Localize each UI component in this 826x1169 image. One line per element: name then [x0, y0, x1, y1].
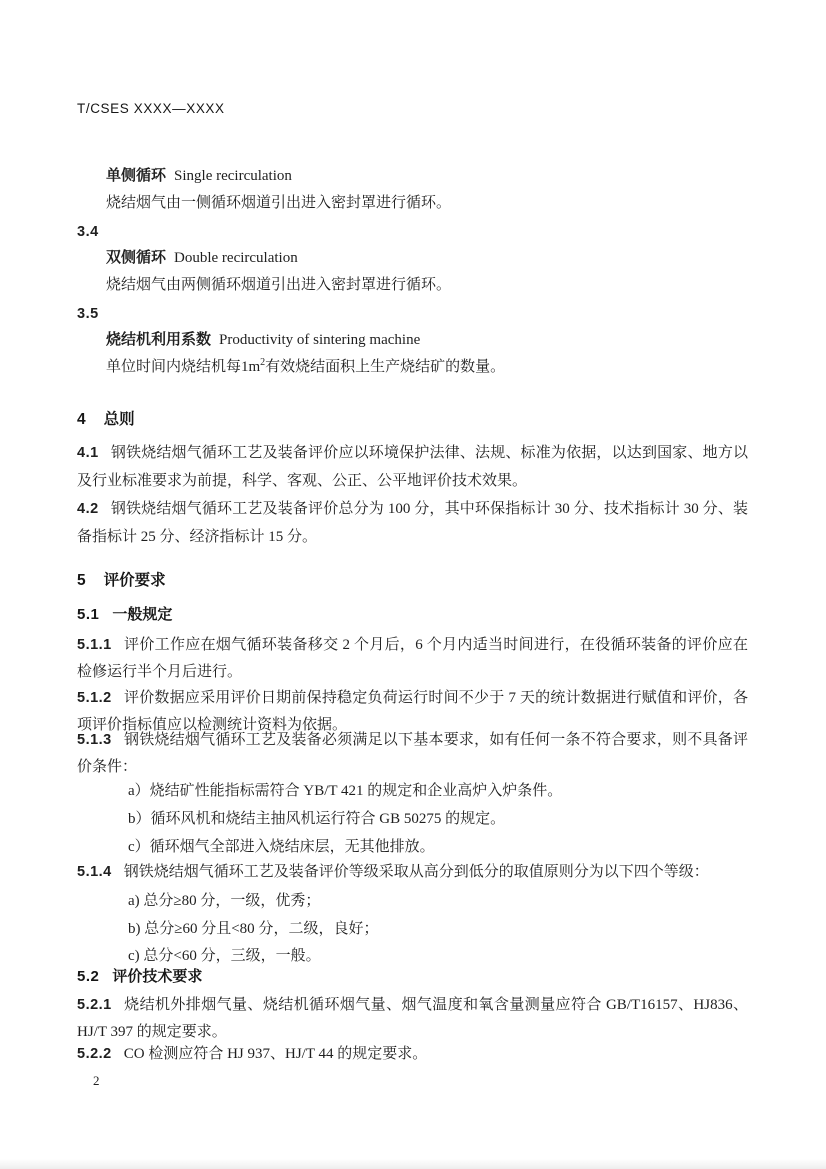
subsection-title: 一般规定	[112, 606, 172, 623]
standard-code-header: T/CSES XXXX—XXXX	[77, 100, 748, 118]
subsection-heading-5-2: 5.2评价技术要求	[77, 966, 748, 988]
subsection-number: 5.1	[77, 606, 99, 623]
section-title: 总则	[104, 411, 135, 428]
clause-number: 5.1.1	[77, 637, 112, 653]
clause-5-2-1: 5.2.1烧结机外排烟气量、烧结机循环烟气量、烟气温度和氧含量测量应符合 GB/…	[77, 992, 748, 1045]
clause-text: 烧结机外排烟气量、烧结机循环烟气量、烟气温度和氧含量测量应符合 GB/T1615…	[77, 997, 748, 1040]
clause-4-2: 4.2钢铁烧结烟气循环工艺及装备评价总分为 100 分，其中环保指标计 30 分…	[77, 496, 748, 551]
list-item-a: a) 总分≥80 分，一级，优秀；	[77, 891, 799, 912]
list-item-c: c) 总分<60 分，三级，一般。	[77, 946, 799, 967]
clause-5-1-4: 5.1.4钢铁烧结烟气循环工艺及装备评价等级采取从高分到低分的取值原则分为以下四…	[77, 862, 748, 883]
clause-number: 5.1.3	[77, 732, 112, 748]
term-entry: 单侧循环Single recirculation	[77, 165, 777, 187]
clause-number: 4.1	[77, 445, 99, 461]
term-number: 3.5	[77, 304, 748, 324]
subsection-number: 5.2	[77, 968, 99, 985]
list-item-c: c）循环烟气全部进入烧结床层，无其他排放。	[77, 837, 799, 858]
section-number: 4	[77, 411, 87, 428]
clause-number: 5.1.2	[77, 690, 112, 706]
clause-5-1-1: 5.1.1评价工作应在烟气循环装备移交 2 个月后，6 个月内适当时间进行，在役…	[77, 632, 748, 685]
term-zh: 双侧循环	[106, 249, 166, 266]
definition-text: 有效烧结面积上生产烧结矿的数量。	[265, 359, 505, 375]
clause-text: 钢铁烧结烟气循环工艺及装备评价总分为 100 分，其中环保指标计 30 分、技术…	[77, 501, 748, 545]
term-definition: 单位时间内烧结机每1m2有效烧结面积上生产烧结矿的数量。	[77, 357, 777, 378]
clause-number: 5.2.2	[77, 1046, 112, 1062]
clause-text: 钢铁烧结烟气循环工艺及装备评价应以环境保护法律、法规、标准为依据，以达到国家、地…	[77, 445, 748, 489]
clause-4-1: 4.1钢铁烧结烟气循环工艺及装备评价应以环境保护法律、法规、标准为依据，以达到国…	[77, 440, 748, 495]
term-entry: 双侧循环Double recirculation	[77, 247, 777, 269]
term-definition: 烧结烟气由一侧循环烟道引出进入密封罩进行循环。	[77, 193, 777, 214]
term-definition: 烧结烟气由两侧循环烟道引出进入密封罩进行循环。	[77, 275, 777, 296]
clause-text: 钢铁烧结烟气循环工艺及装备必须满足以下基本要求，如有任何一条不符合要求，则不具备…	[77, 732, 748, 775]
term-en: Single recirculation	[174, 168, 292, 184]
clause-number: 5.1.4	[77, 864, 112, 880]
clause-5-1-3: 5.1.3钢铁烧结烟气循环工艺及装备必须满足以下基本要求，如有任何一条不符合要求…	[77, 727, 748, 780]
clause-number: 5.2.1	[77, 997, 112, 1013]
clause-5-2-2: 5.2.2CO 检测应符合 HJ 937、HJ/T 44 的规定要求。	[77, 1044, 748, 1065]
section-number: 5	[77, 572, 87, 589]
document-page: T/CSES XXXX—XXXX 单侧循环Single recirculatio…	[0, 0, 826, 1169]
page-bottom-edge	[0, 1159, 826, 1169]
section-heading-5: 5评价要求	[77, 570, 748, 592]
page-number: 2	[93, 1072, 133, 1090]
clause-text: 评价工作应在烟气循环装备移交 2 个月后，6 个月内适当时间进行，在役循环装备的…	[77, 637, 748, 680]
list-item-a: a）烧结矿性能指标需符合 YB/T 421 的规定和企业高炉入炉条件。	[77, 781, 799, 802]
subsection-heading-5-1: 5.1一般规定	[77, 604, 748, 626]
term-entry: 烧结机利用系数Productivity of sintering machine	[77, 329, 777, 351]
section-title: 评价要求	[104, 572, 166, 589]
section-heading-4: 4总则	[77, 409, 748, 431]
term-en: Productivity of sintering machine	[219, 332, 420, 348]
term-en: Double recirculation	[174, 250, 298, 266]
clause-number: 4.2	[77, 501, 99, 517]
definition-text: 单位时间内烧结机每1m	[106, 359, 260, 375]
subsection-title: 评价技术要求	[112, 968, 202, 985]
term-number: 3.4	[77, 222, 748, 242]
list-item-b: b) 总分≥60 分且<80 分，二级，良好；	[77, 919, 799, 940]
clause-text: CO 检测应符合 HJ 937、HJ/T 44 的规定要求。	[124, 1046, 428, 1062]
term-zh: 单侧循环	[106, 167, 166, 184]
list-item-b: b）循环风机和烧结主抽风机运行符合 GB 50275 的规定。	[77, 809, 799, 830]
clause-text: 钢铁烧结烟气循环工艺及装备评价等级采取从高分到低分的取值原则分为以下四个等级：	[124, 864, 709, 880]
term-zh: 烧结机利用系数	[106, 331, 211, 348]
